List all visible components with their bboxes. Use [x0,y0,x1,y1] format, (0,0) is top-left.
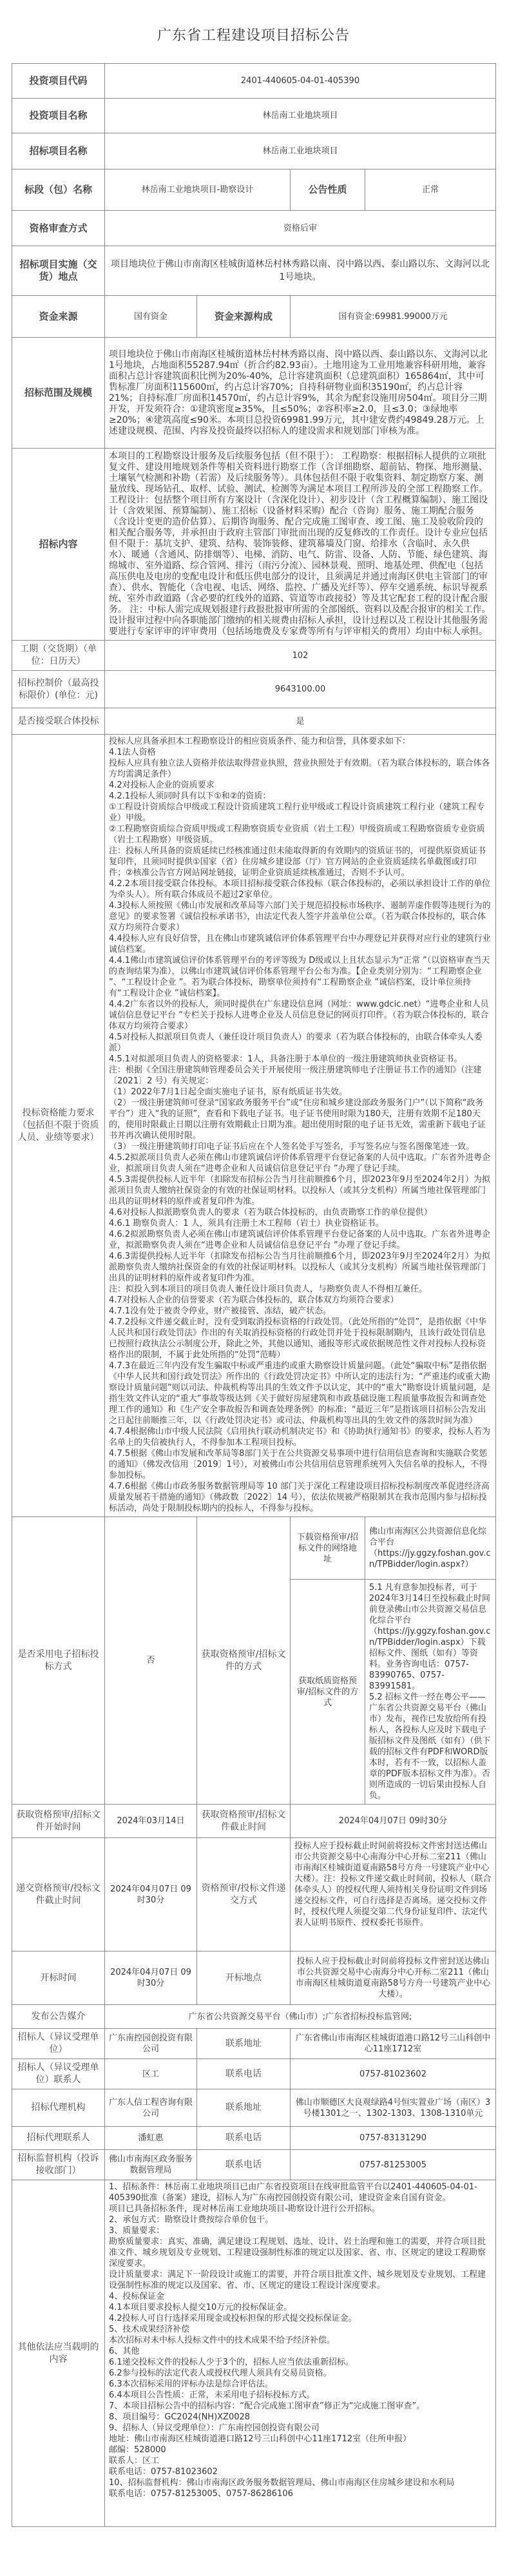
agency-address-value: 佛山市顺德区大良观绿路4号恒实置业广场（南区）3号楼1301之一、1302-13… [291,2089,496,2127]
tenderer-value: 广东南控园创投资有限公司 [105,2029,197,2059]
tenderer-phone-value: 0757-81023602 [291,2059,496,2089]
list-item: 6.1递交投标文件的投标人少于3个的，招标人应当依法重新招标。 [109,2357,492,2368]
tenderer-contact-label: 招标人（异议受理单位）联系人 [12,2059,105,2089]
supervisor-label: 招标监督机构（投诉接收部门） [12,2150,105,2180]
notice-nature-label: 公告性质 [291,169,365,211]
consortium-value: 是 [105,708,496,735]
list-item: ②工程勘察资质综合资质甲级或工程勘察资质专业资质（岩土工程）甲级资质或工程勘察资… [109,824,492,846]
row-other: 其他依法应当载明的内容 1、招标条件：林岳南工业地块项目已由广东省投资项目在线审… [12,2180,496,2527]
list-item: 4.4.1佛山市建筑诚信评价体系管理平台的考评等级为 D级或以上且状态显示为“正… [109,955,492,999]
content-value: 本项目的工程勘察设计服务及后续服务包括（但不限于）： 工程勘察：根据招标人提供的… [105,449,496,641]
tenderer-contact-value: 区工 [105,2059,197,2089]
row-control-price: 招标控制价（最高投标限价）(单位：元) 9643100.00 [12,671,496,708]
obtain-start-value: 2024年03月14日 [105,1805,197,1838]
list-item: 4.1本项目要求投标人提交10万元的投标保证金。 [109,2302,492,2313]
agency-phone-value: 0757-83131290 [291,2127,496,2150]
submit-deadline-value: 2024年04月07日 09时30分 [105,1838,197,1951]
opening-place-label: 开标地点 [197,1951,291,2005]
row-tenderer: 招标人（异议受理单位） 广东南控园创投资有限公司 联系地址 广东省佛山市南海区桂… [12,2029,496,2059]
list-item: 勘察质量要求：真实、准确，满足建设工程规划、选址、设计、岩土治理和施工的需要，并… [109,2236,492,2269]
list-item: 投标人应具备承担本工程勘察设计的相应资质条件、能力和信誉，具体要求如下： [109,736,492,747]
other-list: 1、招标条件：林岳南工业地块项目已由广东省投资项目在线审批监管平台以2401-4… [105,2180,496,2527]
supervisor-value: 佛山市南海区政务服务数据管理局 [105,2150,197,2180]
agency-phone-label: 联系电话 [197,2127,291,2150]
row-opening: 开标时间 2024年04月07日 09时30分 开标地点 投标人应于投标截止时间… [12,1951,496,2005]
row-agency: 招标代理机构 广东人信工程咨询有限公司 联系地址 佛山市顺德区大良观绿路4号恒实… [12,2089,496,2127]
tenderer-label: 招标人（异议受理单位） [12,2029,105,2059]
media-value: 广东省公共资源交易平台（佛山市）;广东省招标投标监管网; [105,2005,496,2029]
consortium-label: 是否接受联合体投标 [12,708,105,735]
list-item: 联系电话：0757-81023602 [109,2466,492,2477]
agency-label: 招标代理机构 [12,2089,105,2127]
other-label: 其他依法应当载明的内容 [12,2180,105,2527]
list-item: 4.2.2本项目接受联合体投标。本项目招标接受联合体投标（联合体投标的，必须以承… [109,878,492,900]
list-item: 4.6.1 勘察负责人：1 人，须具有注册土木工程师（岩土）执业资格证书。 [109,1218,492,1229]
list-item: 4.5.3需提供投标人近半年（扣除发布招标公告当月往前顺推6个月，即2023年9… [109,1174,492,1207]
scope-value: 项目地块位于佛山市南海区桂城街道林岳村林秀路以南、岗中路以西、泰山路以东、文海河… [105,338,496,449]
supervisor-phone-value: 0757-81253005 [291,2150,496,2180]
project-code-label: 投资项目代码 [12,64,105,99]
list-item: （3）一级注册建筑师打印电子证书后应在个人签名处手写签名，手写签名应与签名图像笔… [109,1141,492,1152]
list-item: 4.6.2拟派勘察负责人必须在佛山市建筑诚信评价体系管理平台登记备案的人员中选取… [109,1229,492,1251]
row-scope: 招标范围及规模 项目地块位于佛山市南海区桂城街道林岳村林秀路以南、岗中路以西、泰… [12,338,496,449]
control-price-value: 9643100.00 [105,671,496,708]
requirements-label: 投标资格能力要求（包括但不限于资质人员、业绩等要求） [12,735,105,1517]
project-name-label: 投资项目名称 [12,99,105,133]
list-item: （1）2022年7月1日起全面实施电子证书，原有纸质证书失效。 [109,1087,492,1098]
list-item: 项目已具备招标条件，现对林岳南工业地块项目-勘察设计进行公开招标。 [109,2203,492,2214]
list-item: 4.5对投标人拟派项目负责人（兼任设计项目负责人）的要求（若为联合体投标的，由联… [109,1032,492,1054]
list-item: 6.2参与投标的法定代表人或授权代理人须具有交易员资格。 [109,2368,492,2379]
page-bottom-spacer [0,2527,507,2567]
list-item: 联系电话：0757-81253005、0757-86286106 [109,2488,492,2499]
row-content: 招标内容 本项目的工程勘察设计服务及后续服务包括（但不限于）： 工程勘察：根据招… [12,449,496,641]
agency-value: 广东人信工程咨询有限公司 [105,2089,197,2127]
online-address-label: 下载资格预审/招标文件的网络地址 [291,1517,365,1580]
list-item: 注：投标人所具备的资质延续已经核准通过但未能取得新的有效期内的资质证书的，可提供… [109,846,492,878]
list-item: 4.5.1对拟派项目负责人的资格要求：1人，具备注册于本单位的一级注册建筑师执业… [109,1054,492,1065]
row-requirements: 投标资格能力要求（包括但不限于资质人员、业绩等要求） 投标人应具备承担本工程勘察… [12,735,496,1517]
list-item: （2）一级注册建筑师可登录“国家政务服务平台”或“住房和城乡建设部政务服务门户”… [109,1098,492,1141]
location-value: 项目地块位于佛山市南海区桂城街道林岳村林秀路以南、岗中路以西、泰山路以东、文海河… [105,246,496,296]
list-item: 邮编：528000 [109,2445,492,2455]
list-item: 4.7.2投标文件递交截止时，没有受到取消投标资格的行政处罚。（此处所指的“处罚… [109,1317,492,1361]
tender-project-name-label: 招标项目名称 [12,133,105,169]
list-item: 4.6.3需提供投标人近半年（扣除发布招标公告当月往前顺推6个月，即2023年9… [109,1251,492,1284]
row-tender-project-name: 招标项目名称 林岳南工业地块项目 [12,133,496,169]
row-location: 招标项目实施（交货）地点 项目地块位于佛山市南海区桂城街道林岳村林秀路以南、岗中… [12,246,496,296]
list-item: ①工程设计资质综合甲级或工程设计资质建筑工程行业甲级或工程设计资质建筑工程行业（… [109,802,492,824]
submit-method-label: 资格预审/投标文件递交方式 [197,1838,291,1951]
row-tenderer-contact: 招标人（异议受理单位）联系人 区工 联系电话 0757-81023602 [12,2059,496,2089]
list-item: 4.1法人资格 [109,747,492,758]
list-item: 2、承包方式：勘察设计费按综合单价包干。 [109,2214,492,2225]
requirements-list: 投标人应具备承担本工程勘察设计的相应资质条件、能力和信誉，具体要求如下：4.1法… [105,735,496,1517]
row-project-code: 投资项目代码 2401-440605-04-01-405390 [12,64,496,99]
electronic-value: 否 [105,1517,197,1805]
row-electronic-online: 是否采用电子招标投标方式 否 获取资格预审/招标文件的方式 下载资格预审/招标文… [12,1517,496,1580]
list-item: 10、招标监督机构：佛山市南海区政务服务数据管理局、佛山市南海区住房城乡建设和水… [109,2477,492,2488]
row-obtain-time: 获取资格预审/招标文件开始时间 2024年03月14日 获取资格预审/招标文件截… [12,1805,496,1838]
list-item: 5、技术成果经济补偿 [109,2324,492,2335]
funding-value: 国有资金 [105,296,197,338]
row-consortium: 是否接受联合体投标 是 [12,708,496,735]
row-agency-contact: 招标代理联系人 潘虹惠 联系电话 0757-83131290 [12,2127,496,2150]
submit-deadline-label: 递交资格预审/投标文件截止时间 [12,1838,105,1951]
list-item: 4.7.1没有处于被责令停业，财产被接管、冻结，破产状态。 [109,1306,492,1317]
list-item: 6、其他 [109,2346,492,2357]
list-item: 6.3本次招标采用的评标办法是综合评估法。 [109,2379,492,2390]
row-qualification-review: 资格审查方式 资格后审 [12,211,496,246]
submit-method-value: 投标人应于投标截止时间前将投标文件密封送达佛山市公共资源交易中心南海分中心开标二… [291,1838,496,1951]
agency-contact-value: 潘虹惠 [105,2127,197,2150]
list-item: 4.3投标人须按照《佛山市发展和改革局等六部门关于规范招投标市场秩序、遏制弄虚作… [109,900,492,933]
qualification-review-label: 资格审查方式 [12,211,105,246]
notice-table: 投资项目代码 2401-440605-04-01-405390 投资项目名称 林… [12,63,496,2527]
qualification-review-value: 资格后审 [105,211,496,246]
paper-method-label: 获取纸质资格预审/招标文件的方式 [291,1580,365,1805]
opening-place-value: 投标人应于投标截止时间前将投标文件密封送达佛山市公共资源交易中心南海分中心开标二… [291,1951,496,2005]
list-item: 4.4.2广东省以外的投标人，须同时提供在广东建设信息网（网址：www.gdci… [109,999,492,1032]
row-project-name: 投资项目名称 林岳南工业地块项目 [12,99,496,133]
obtain-method-label: 获取资格预审/招标文件的方式 [197,1517,291,1805]
list-item: 4.5.2拟派项目负责人必须在佛山市建筑诚信评价体系管理平台登记备案的人员中选取… [109,1152,492,1174]
list-item: 3、质量要求： [109,2225,492,2236]
scope-label: 招标范围及规模 [12,338,105,449]
row-media: 发布公告媒介 广东省公共资源交易平台（佛山市）;广东省招标投标监管网; [12,2005,496,2029]
list-item: 本次招标对未中标人投标文件中的技术成果不给予经济补偿。 [109,2335,492,2346]
list-item: 注：根据《全国注册建筑师管理委员会关于开展使用一级注册建筑师电子注册证书工作的通… [109,1065,492,1087]
paper-method-value: 5.1 凡有意参加投标者，可于2024年3月14日至投标截止时间前登录佛山市公共… [365,1580,496,1805]
list-item: 4.7对投标人企业的信誉要求（若为联合体投标的，联合体双方均须符合要求） [109,1295,492,1306]
obtain-start-label: 获取资格预审/招标文件开始时间 [12,1805,105,1838]
funding-label: 资金来源 [12,296,105,338]
list-item: 联系人：区工 [109,2455,492,2466]
list-item: 4.2.1投标人须同时具有以下①和②的资质： [109,791,492,802]
funding-composition-label: 资金来源构成 [197,296,291,338]
list-item: 4.2对投标人企业的资质要求 [109,780,492,791]
list-item: 7、本项目招标公告中的招标内容：“配合完成施工图审查”修正为“完成施工图审查”。 [109,2401,492,2412]
control-price-label: 招标控制价（最高投标限价）(单位：元) [12,671,105,708]
list-item: 4.7.3在最近三年内没有发生骗取中标或严重违约或重大勘察设计质量问题。（此处“… [109,1361,492,1426]
obtain-end-value: 2024年04月07日 09时30分 [291,1805,496,1838]
list-item: 投标人应具有独立法人资格并依法取得营业执照，营业执照处于有效期。（若为联合体投标… [109,758,492,780]
page-title: 广东省工程建设项目招标公告 [0,0,507,39]
opening-time-label: 开标时间 [12,1951,105,2005]
media-label: 发布公告媒介 [12,2005,105,2029]
list-item: 4.7.5根据《佛山市发展和改革局等8部门关于在公共资源交易事项中进行信用信息查… [109,1448,492,1481]
tenderer-address-label: 联系地址 [197,2029,291,2059]
tenderer-address-value: 广东省佛山市南海区桂城街道港口路12号三山科创中心11座1712室 [291,2029,496,2059]
row-supervisor: 招标监督机构（投诉接收部门） 佛山市南海区政务服务数据管理局 联系电话 0757… [12,2150,496,2180]
project-name-value: 林岳南工业地块项目 [105,99,496,133]
list-item: 6.4本项目公告性质：正常，未采用电子招标投标方式。 [109,2390,492,2401]
list-item: 注：拟投入到本项目的项目负责人兼任设计项目负责人，与勘察负责人不得相互兼任。 [109,1284,492,1295]
list-item: 4.7.6根据《佛山市政务服务数据管理局等 10 部门关于深化工程建设项目招标投… [109,1481,492,1514]
duration-value: 102 [105,641,496,671]
list-item: 4.2投标人可自行选择采用现金或投标担保的形式提交投标保证金。 [109,2313,492,2324]
row-duration: 工期（交货期）（单位：日历天） 102 [12,641,496,671]
obtain-end-label: 获取资格预审/招标文件截止时间 [197,1805,291,1838]
project-code-value: 2401-440605-04-01-405390 [105,64,496,99]
list-item: 4.6对投标人拟派勘察负责人的要求（若为联合体投标的，由负责勘察工作的单位提供） [109,1207,492,1218]
online-address-value[interactable]: 佛山市南海区公共资源信息化综合平台 （https://jy.ggzy.fosha… [365,1517,496,1580]
list-item: 8、项目编号：GC2024(NH)XZ0028 [109,2412,492,2423]
supervisor-phone-label: 联系电话 [197,2150,291,2180]
section-name-label: 标段（包）名称 [12,169,105,211]
location-label: 招标项目实施（交货）地点 [12,246,105,296]
content-label: 招标内容 [12,449,105,641]
row-funding: 资金来源 国有资金 资金来源构成 国有资金:69981.99000万元 [12,296,496,338]
tender-project-name-value: 林岳南工业地块项目 [105,133,496,169]
list-item: 1、招标条件：林岳南工业地块项目已由广东省投资项目在线审批监管平台以2401-4… [109,2182,492,2203]
list-item: 4.7.4根据佛山市中级人民法院《启用执行联动机制决定书》和《协助执行通知书》的… [109,1426,492,1448]
tenderer-phone-label: 联系电话 [197,2059,291,2089]
list-item: 9、招标人（异议受理单位）：广东南控园创投资有限公司 [109,2423,492,2434]
funding-composition-value: 国有资金:69981.99000万元 [291,296,496,338]
agency-contact-label: 招标代理联系人 [12,2127,105,2150]
list-item: 地址：佛山市南海区桂城街道港口路12号三山科创中心11座1712室（住所申报） [109,2434,492,2445]
list-item: 4.4投标人应有良好信誉，且在佛山市建筑诚信评价体系管理平台中办理登记并获得对应… [109,933,492,955]
list-item: 4、投标保证金 [109,2291,492,2302]
notice-nature-value: 正常 [365,169,496,211]
electronic-label: 是否采用电子招标投标方式 [12,1517,105,1805]
row-section-name: 标段（包）名称 林岳南工业地块项目-勘察设计 公告性质 正常 [12,169,496,211]
section-name-value: 林岳南工业地块项目-勘察设计 [105,169,291,211]
list-item: 设计质量要求：满足下一阶段设计或施工的需要，并符合项目批准文件、城乡规划及专业规… [109,2269,492,2291]
agency-address-label: 联系地址 [197,2089,291,2127]
opening-time-value: 2024年04月07日 09时30分 [105,1951,197,2005]
row-submit: 递交资格预审/投标文件截止时间 2024年04月07日 09时30分 资格预审/… [12,1838,496,1951]
duration-label: 工期（交货期）（单位：日历天） [12,641,105,671]
